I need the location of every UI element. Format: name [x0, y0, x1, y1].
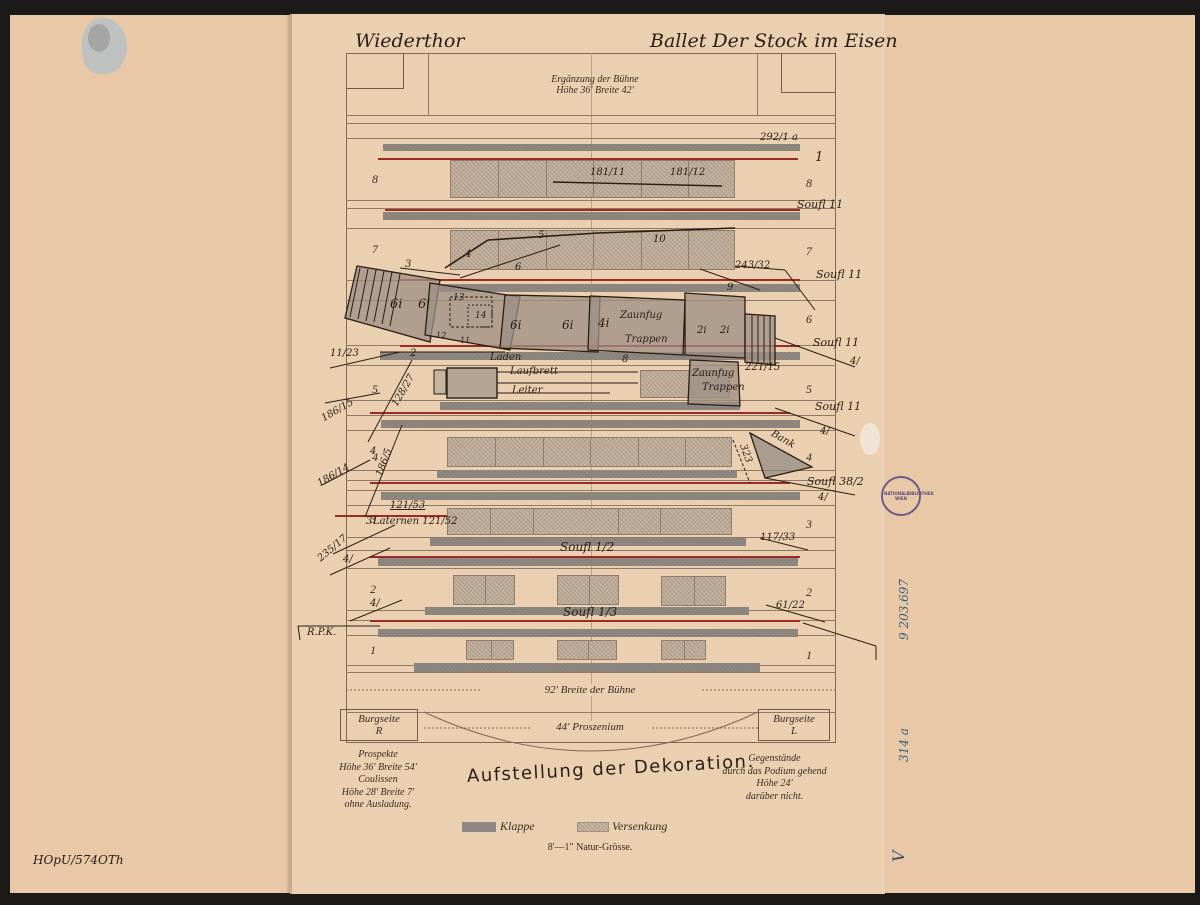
row-number-right: 8 — [806, 176, 812, 191]
annotation: 243/32 — [735, 260, 770, 271]
annotation: R.P.K. — [307, 627, 336, 638]
top-block-line1: Ergänzung der Bühne — [540, 74, 650, 85]
header-right-title: Ballet Der Stock im Eisen — [650, 30, 898, 52]
row-number-left: 1 — [370, 643, 376, 658]
klappe-bar — [381, 420, 800, 428]
annotation: 181/11 — [590, 167, 625, 178]
annotation: 6i — [418, 297, 430, 312]
note-right-line: Höhe 24' — [707, 778, 842, 791]
archive-signature: HOpU/574OTh — [33, 853, 124, 867]
annotation: 2 — [410, 348, 416, 359]
annotation: 8 — [622, 354, 628, 365]
annotation: Laternen 121/52 — [373, 516, 457, 527]
annotation: Zaunfug — [692, 368, 734, 379]
row-number-right: 7 — [806, 244, 812, 259]
annotation: 2i — [697, 325, 707, 336]
annotation: 11/23 — [330, 348, 359, 359]
klappe-bar — [378, 558, 798, 566]
annotation: 3 — [405, 259, 411, 270]
legend-swatch-klappe — [462, 822, 496, 832]
stamp-text: NATIONALBIBLIOTHEK WIEN — [884, 491, 918, 501]
annotation: Soufl 1/3 — [563, 605, 617, 619]
divider — [757, 53, 758, 115]
note-right-line: darüber nicht. — [707, 791, 842, 804]
burgseite-right-line1: Burgseite — [341, 713, 417, 725]
row-number-left: 7 — [372, 242, 378, 257]
note-left-line: Höhe 36' Breite 54' — [333, 762, 423, 775]
klappe-bar — [437, 470, 737, 478]
burgseite-left-label: Burgseite L — [759, 713, 829, 737]
annotation: 181/12 — [670, 167, 705, 178]
versenkung-block — [450, 230, 735, 270]
versenkung-block — [450, 160, 735, 198]
klappe-bar — [383, 144, 800, 151]
annotation: 6i — [390, 297, 402, 312]
klappe-bar — [378, 629, 798, 637]
klappe-bar — [380, 352, 800, 360]
annotation: 61/22 — [776, 600, 805, 611]
burgseite-left-box: Burgseite L — [758, 709, 830, 741]
annotation: 6i — [562, 318, 573, 332]
vertical-shelfmark: 314 a — [897, 728, 911, 762]
versenkung-block — [453, 575, 515, 605]
annotation: 4/ — [820, 426, 830, 437]
stain — [860, 423, 880, 455]
annotation: Soufl 11 — [816, 268, 862, 281]
annotation: Soufl 1/2 — [560, 540, 614, 554]
row-number-right: 2 — [806, 585, 812, 600]
row-number-left: 5 — [372, 382, 378, 397]
klappe-bar — [414, 663, 760, 672]
versenkung-block — [466, 640, 514, 660]
annotation: Laden — [490, 352, 521, 363]
row-number-right: 1 — [806, 648, 812, 663]
annotation: 11 — [460, 336, 470, 345]
versenkung-block — [447, 508, 732, 535]
annotation: 4 — [465, 249, 471, 260]
annotation: 4 — [370, 446, 376, 457]
annotation: Soufl 11 — [797, 198, 843, 211]
top-block-line2: Höhe 36' Breite 42' — [540, 85, 650, 96]
burgseite-right-label: Burgseite R — [341, 713, 417, 737]
annotation: 9 — [727, 282, 733, 293]
annotation: Trappen — [625, 334, 668, 345]
row-number-right: 3 — [806, 517, 812, 532]
annotation: Trappen — [702, 382, 745, 393]
annotation: 121/53 — [390, 500, 425, 511]
annotation: 4/ — [370, 598, 380, 609]
legend-swatch-versenkung — [577, 822, 609, 832]
scale-label: 8'—1" Natur-Grösse. — [530, 842, 650, 853]
klappe-bar — [440, 284, 800, 292]
top-block-label: Ergänzung der Bühne Höhe 36' Breite 42' — [540, 74, 650, 96]
row-number-left: 2 — [370, 582, 376, 597]
annotation: 4/ — [850, 356, 860, 367]
note-left-line: Prospekte — [333, 749, 423, 762]
annotation: 4/ — [818, 492, 828, 503]
versenkung-block — [557, 575, 619, 605]
versenkung-block — [447, 437, 732, 467]
annotation: Laufbrett — [510, 366, 558, 377]
annotation: 5 — [538, 230, 544, 241]
annotation: 14 — [475, 311, 486, 321]
note-left-line: Höhe 28' Breite 7' — [333, 787, 423, 800]
burgseite-left-line1: Burgseite — [759, 713, 829, 725]
annotation: 292/1 a — [760, 132, 798, 143]
annotation: Zaunfug — [620, 310, 662, 321]
legend-label-versenkung: Versenkung — [612, 819, 667, 834]
note-left: Prospekte Höhe 36' Breite 54' Coulissen … — [333, 749, 423, 812]
klappe-bar — [440, 402, 740, 410]
center-line — [591, 53, 592, 723]
klappe-bar — [383, 212, 800, 220]
vertical-inventory-number: 9 203.697 — [897, 579, 911, 640]
header-left-title: Wiederthor — [355, 30, 464, 52]
annotation: Leiter — [512, 385, 542, 396]
versenkung-block — [661, 640, 706, 660]
roman-numeral: V — [889, 850, 908, 862]
annotation: Soufl 11 — [815, 400, 861, 413]
legend-label-klappe: Klappe — [500, 819, 535, 834]
stage-width-label: 92' Breite der Bühne — [480, 684, 700, 696]
scan-background: Wiederthor Ballet Der Stock im Eisen Erg… — [0, 0, 1200, 905]
burgseite-right-line2: R — [341, 725, 417, 737]
corner-box-left — [346, 53, 404, 89]
annotation: Soufl 38/2 — [807, 475, 864, 488]
row-number-right: 5 — [806, 382, 812, 397]
annotation: 6i — [510, 318, 521, 332]
burgseite-left-line2: L — [759, 725, 829, 737]
note-left-line: Coulissen — [333, 774, 423, 787]
annotation: 6 — [515, 262, 521, 273]
annotation: 10 — [653, 234, 666, 245]
divider — [428, 53, 429, 115]
row-number-right: 4 — [806, 450, 812, 465]
klappe-bar — [381, 492, 800, 500]
annotation: 1 — [815, 150, 823, 165]
annotation: Soufl 11 — [813, 336, 859, 349]
annotation: 2i — [720, 325, 730, 336]
annotation: 4/ — [343, 554, 353, 565]
note-left-line: ohne Ausladung. — [333, 799, 423, 812]
row-number-left: 8 — [372, 172, 378, 187]
annotation: 13 — [453, 293, 464, 303]
annotation: 221/15 — [745, 362, 780, 373]
annotation: 117/33 — [760, 532, 795, 543]
row-number-right: 6 — [806, 312, 812, 327]
versenkung-block — [661, 576, 726, 606]
library-stamp: NATIONALBIBLIOTHEK WIEN — [881, 476, 921, 516]
annotation: 4i — [598, 316, 609, 330]
annotation: 3 — [366, 516, 372, 527]
corner-box-right — [781, 53, 836, 93]
tape-residue — [82, 18, 127, 74]
annotation: 12 — [436, 331, 446, 340]
versenkung-block — [557, 640, 617, 660]
proscenium-label: 44' Proszenium — [530, 721, 650, 733]
burgseite-right-box: Burgseite R — [340, 709, 418, 741]
